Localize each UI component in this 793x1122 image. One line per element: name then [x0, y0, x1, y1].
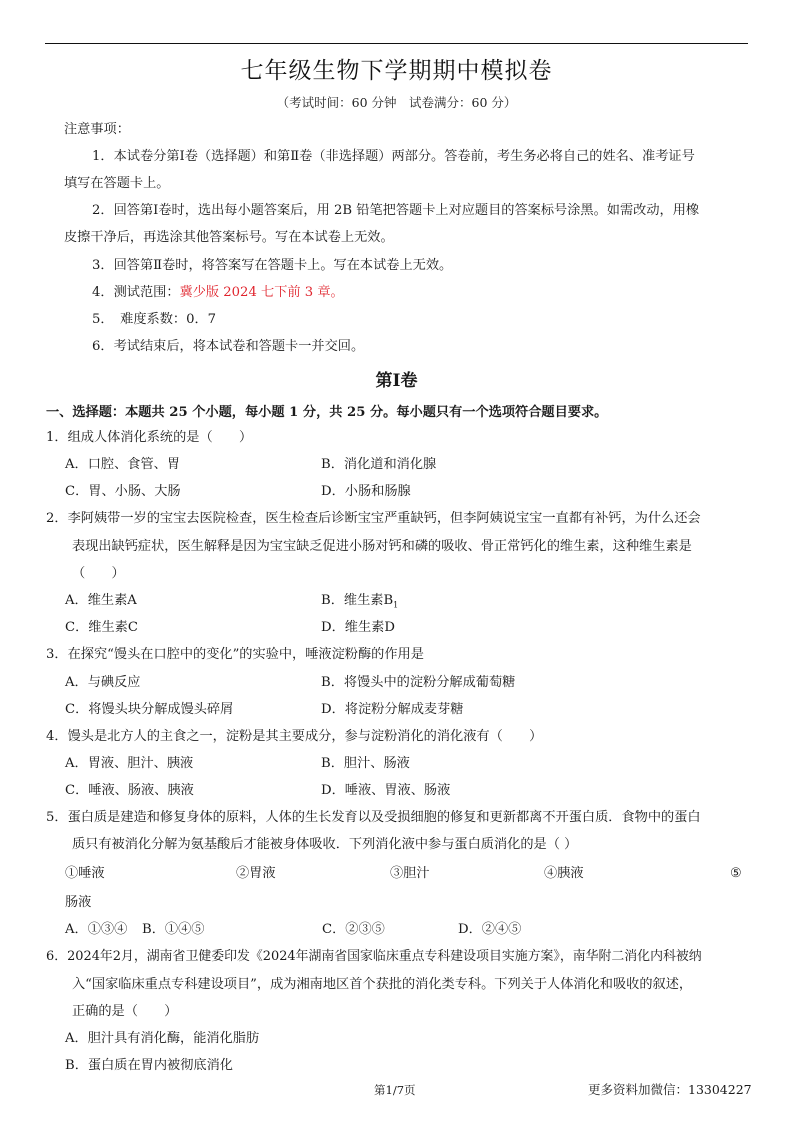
question-1-option-a: A．口腔、食管、胃 [65, 457, 180, 473]
question-3-option-a: A．与碘反应 [65, 675, 140, 691]
question-4-option-a: A．胃液、胆汁、胰液 [65, 756, 193, 772]
question-6-stem-line-1: 6．2024年2月，湖南省卫健委印发《2024年湖南省国家临床重点专科建设项目实… [46, 949, 702, 965]
question-2-option-c: C．维生素C [65, 620, 138, 636]
note-1-line-1: 1．本试卷分第Ⅰ卷（选择题）和第Ⅱ卷（非选择题）两部分。答卷前，考生务必将自己的… [92, 149, 695, 165]
question-5-stem-line-2: 质只有被消化分解为氨基酸后才能被身体吸收．下列消化液中参与蛋白质消化的是（ ） [72, 837, 577, 853]
question-5-item-2: ②胃液 [236, 866, 276, 882]
question-3-stem: 3．在探究“馒头在口腔中的变化”的实验中，唾液淀粉酶的作用是 [46, 647, 424, 663]
question-5-item-4: ④胰液 [544, 866, 584, 882]
section-instruction: 一、选择题：本题共 25 个小题，每小题 1 分，共 25 分。每小题只有一个选… [46, 401, 607, 420]
question-4-stem: 4．馒头是北方人的主食之一，淀粉是其主要成分，参与淀粉消化的消化液有（ ） [46, 729, 542, 745]
question-6-option-a: A．胆汁具有消化酶，能消化脂肪 [65, 1031, 259, 1047]
question-5-option-a: A．①③④ [65, 922, 127, 938]
header-rule [45, 43, 748, 44]
question-5-stem-line-1: 5．蛋白质是建造和修复身体的原料，人体的生长发育以及受损细胞的修复和更新都离不开… [46, 810, 701, 826]
question-3-option-d: D．将淀粉分解成麦芽糖 [321, 702, 463, 718]
question-2-option-b-text: B．维生素B [321, 593, 393, 608]
question-6-option-b: B．蛋白质在胃内被彻底消化 [65, 1058, 233, 1074]
question-2-stem-line-1: 2．李阿姨带一岁的宝宝去医院检查，医生检查后诊断宝宝严重缺钙，但李阿姨说宝宝一直… [46, 511, 701, 527]
notes-heading: 注意事项： [64, 122, 130, 138]
question-4-option-b: B．胆汁、肠液 [321, 756, 410, 772]
question-1-option-b: B．消化道和消化腺 [321, 457, 436, 473]
exam-info: （考试时间：60 分钟 试卷满分：60 分） [0, 93, 793, 111]
page-number: 第1/7页 [374, 1082, 416, 1098]
question-1-stem: 1．组成人体消化系统的是（ ） [46, 430, 252, 446]
question-1-option-c: C．胃、小肠、大肠 [65, 484, 181, 500]
question-2-stem-line-2: 表现出缺钙症状，医生解释是因为宝宝缺乏促进小肠对钙和磷的吸收、骨正常钙化的维生素… [72, 539, 692, 555]
test-scope-highlight: 冀少版 2024 七下前 3 章。 [180, 285, 344, 300]
footer-contact: 更多资料加微信：13304227 [588, 1080, 752, 1098]
question-5-item-5-marker: ⑤ [730, 866, 742, 882]
section-title: 第Ⅰ卷 [0, 366, 793, 391]
question-1-option-d: D．小肠和肠腺 [321, 484, 411, 500]
question-5-item-5-text: 肠液 [65, 895, 91, 911]
note-4: 4．测试范围：冀少版 2024 七下前 3 章。 [92, 285, 344, 301]
question-3-option-b: B．将馒头中的淀粉分解成葡萄糖 [321, 675, 515, 691]
note-6: 6．考试结束后，将本试卷和答题卡一并交回。 [92, 339, 364, 355]
question-5-option-d: D．②④⑤ [458, 922, 521, 938]
question-3-option-c: C．将馒头块分解成馒头碎屑 [65, 702, 233, 718]
question-4-option-c: C．唾液、肠液、胰液 [65, 783, 194, 799]
question-5-item-3: ③胆汁 [390, 866, 430, 882]
note-2-line-2: 皮擦干净后，再选涂其他答案标号。写在本试卷上无效。 [64, 230, 394, 246]
question-6-stem-line-2: 入“国家临床重点专科建设项目”，成为湘南地区首个获批的消化类专科。下列关于人体消… [72, 977, 692, 993]
question-2-option-d: D．维生素D [321, 620, 395, 636]
note-5: 5． 难度系数：0．7 [92, 312, 216, 328]
question-2-stem-line-3: （ ） [72, 566, 125, 582]
page-title: 七年级生物下学期期中模拟卷 [0, 52, 793, 85]
note-1-line-2: 填写在答题卡上。 [64, 176, 170, 192]
question-6-stem-line-3: 正确的是（ ） [72, 1004, 178, 1020]
note-4-label: 4．测试范围： [92, 285, 180, 300]
question-5-option-b: B．①④⑤ [142, 922, 204, 938]
question-5-option-c: C．②③⑤ [322, 922, 385, 938]
question-4-option-d: D．唾液、胃液、肠液 [321, 783, 450, 799]
question-2-option-b: B．维生素B1 [321, 593, 398, 614]
question-5-item-1: ①唾液 [65, 866, 105, 882]
note-3: 3．回答第Ⅱ卷时，将答案写在答题卡上。写在本试卷上无效。 [92, 258, 452, 274]
note-2-line-1: 2．回答第Ⅰ卷时，选出每小题答案后，用 2B 铅笔把答题卡上对应题目的答案标号涂… [92, 203, 699, 219]
subscript: 1 [393, 601, 398, 610]
question-2-option-a: A．维生素A [65, 593, 137, 609]
